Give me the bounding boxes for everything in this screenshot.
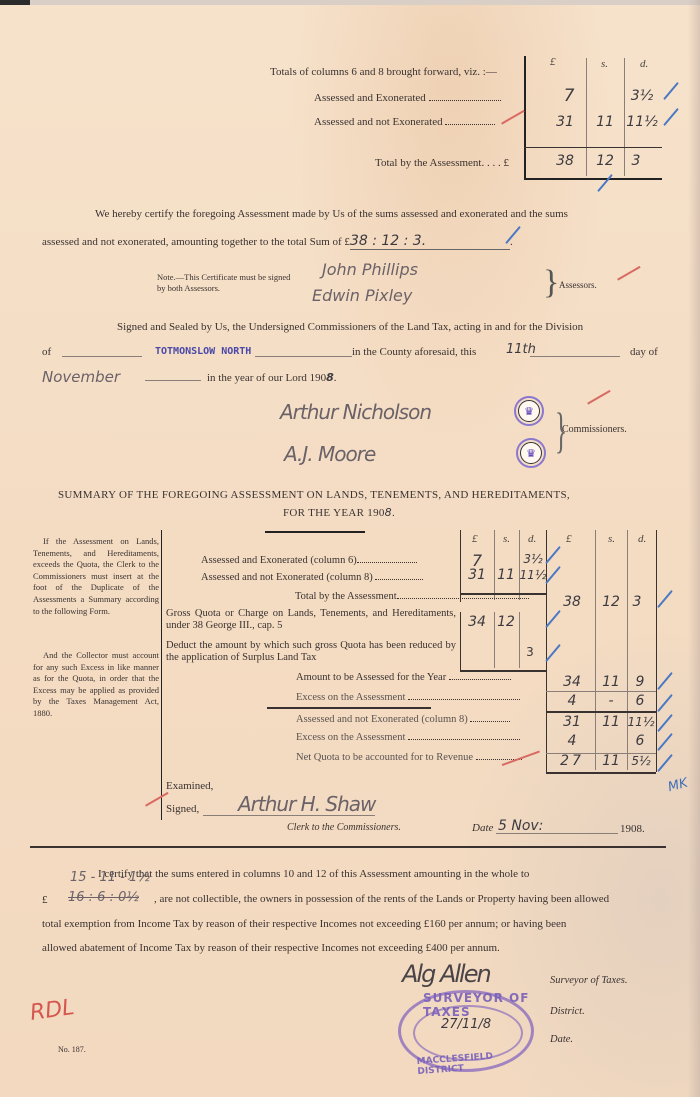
summary-border-left (161, 530, 162, 820)
col-header-shillings: s. (608, 533, 615, 545)
col-header-pounds: £ (566, 533, 572, 545)
col-header-pence: d. (638, 533, 646, 545)
totals-row-label: Assessed and not Exonerated (314, 116, 495, 128)
cell-value: 3½ (519, 552, 547, 566)
summary-row-label: Deduct the amount by which such gross Qu… (166, 640, 456, 664)
page-top-edge (0, 0, 700, 5)
of-label: of (42, 346, 51, 358)
cell-value: 6 (627, 733, 653, 749)
table-divider (494, 530, 495, 600)
date-line (496, 833, 618, 834)
cell-value: 12 (494, 614, 518, 630)
cell-value: 31 (548, 114, 582, 130)
clerk-label: Clerk to the Commissioners. (287, 822, 401, 833)
blank-line (530, 356, 620, 357)
cell-value: 6 (627, 693, 653, 709)
surveyor-text: I certify that the sums entered in colum… (98, 868, 529, 880)
cell-value: 9 (627, 674, 653, 690)
signed-label: Signed, (166, 803, 199, 815)
summary-row-label: Assessed and not Exonerated (column 8) (201, 572, 423, 583)
cell-value: 4 (552, 733, 592, 749)
table-rule (524, 178, 662, 180)
cell-value: 11 (597, 753, 625, 769)
summary-title: SUMMARY OF THE FOREGOING ASSESSMENT ON L… (58, 489, 570, 501)
totals-row-label: Assessed and Exonerated (314, 92, 501, 104)
summary-row-label: Amount to be Assessed for the Year (296, 672, 511, 683)
assessor-signature: John Phillips (322, 260, 418, 279)
surveyor-text: , are not collectible, the owners in pos… (154, 893, 609, 905)
col-header-shillings: s. (601, 58, 608, 70)
form-number: No. 187. (58, 1045, 86, 1054)
col-header-pounds: £ (550, 56, 556, 68)
summary-title-rule (265, 531, 365, 533)
cell-value: 38 (552, 594, 592, 610)
table-divider (595, 530, 596, 770)
cell-value: 11 (494, 567, 518, 583)
day-value: 11th (506, 342, 536, 357)
cell-value: - (597, 693, 625, 709)
col-header-pence: d. (528, 533, 536, 545)
pound-sign: £ (42, 894, 48, 906)
struck-amount: 16 : 6 : 0½ (68, 890, 139, 905)
cell-value: 12 (590, 153, 620, 169)
assessors-label: Assessors. (559, 280, 597, 290)
summary-row-label: Excess on the Assessment (296, 732, 520, 743)
stamp-date: 27/11/8 (441, 1017, 491, 1032)
col-header-shillings: s. (503, 533, 510, 545)
certificate-note: Note.—This Certificate must be signed by… (157, 272, 297, 294)
inner-table-border (460, 612, 461, 670)
table-rule (546, 711, 656, 713)
commissioner-signature: Arthur Nicholson (280, 400, 431, 424)
cell-value: 31 (462, 567, 492, 583)
summary-row-label: Assessed and not Exonerated (column 8) (296, 714, 510, 725)
cell-value: 3 (519, 645, 541, 659)
summary-row-label: Gross Quota or Charge on Lands, Tenement… (166, 608, 456, 632)
surveyor-text: allowed abatement of Income Tax by reaso… (42, 942, 500, 954)
cell-value: 3½ (628, 88, 656, 104)
certificate-text: We hereby certify the foregoing Assessme… (95, 208, 568, 220)
page-right-edge (688, 0, 700, 1097)
summary-row-label: Excess on the Assessment (296, 692, 520, 703)
summary-row-label: Total by the Assessment (295, 591, 529, 602)
table-rule (524, 147, 662, 148)
cell-value: 12 (597, 594, 625, 610)
outer-table-border (546, 530, 547, 772)
blank-line (145, 380, 201, 381)
outer-table-border (656, 530, 657, 772)
surveyor-text: total exemption from Income Tax by reaso… (42, 918, 566, 930)
totals-heading: Totals of columns 6 and 8 brought forwar… (270, 66, 497, 78)
county-text: in the County aforesaid, this (352, 346, 476, 358)
blank-line (255, 356, 352, 357)
month-value: November (42, 368, 120, 386)
cell-value: 11½ (626, 114, 658, 130)
table-divider (586, 58, 587, 176)
summary-row-label: Net Quota to be accounted for to Revenue (296, 752, 522, 763)
clerk-signature: Arthur H. Shaw (238, 792, 375, 816)
summary-side-note: If the Assessment on Lands, Tenements, a… (33, 536, 159, 617)
summary-row-label: Assessed and Exonerated (column 6) (201, 555, 417, 566)
table-divider (624, 58, 625, 176)
cell-value: 4 (552, 693, 592, 709)
date-label: Date (472, 822, 493, 834)
totals-total-label: Total by the Assessment. . . . £ (375, 157, 509, 169)
blank-line (62, 356, 142, 357)
cell-value: 11 (590, 114, 620, 130)
cell-value: 3 (626, 153, 646, 169)
cell-value: 11 (597, 714, 625, 730)
date-value: 5 Nov: (498, 818, 543, 834)
date-label: Date. (550, 1034, 573, 1045)
wax-seal: ♛ (516, 438, 546, 468)
date-year: 1908. (620, 823, 645, 835)
commissioner-signature: A.J. Moore (284, 442, 375, 466)
cell-value: 34 (552, 674, 592, 690)
district-label: District. (550, 1006, 585, 1017)
cell-value: 11½ (627, 715, 655, 729)
surveyor-stamp: SURVEYOR OF TAXES 27/11/8 MACCLESFIELD D… (398, 990, 534, 1072)
division-stamp: TOTMONSLOW NORTH (155, 346, 251, 357)
cell-value: 31 (552, 714, 592, 730)
summary-side-note: And the Collector must account for any s… (33, 650, 159, 720)
cell-value: 34 (462, 614, 492, 630)
cell-value: 38 (548, 153, 582, 169)
assessors-brace: } (543, 268, 559, 298)
col-header-pence: d. (640, 58, 648, 70)
surveyor-signature: Alg Allen (402, 960, 490, 988)
table-rule (546, 772, 656, 774)
cell-value: 27 (552, 753, 592, 769)
wax-seal: ♛ (514, 396, 544, 426)
cell-value: 3 (627, 594, 647, 610)
day-of-label: day of (630, 346, 658, 358)
examined-label: Examined, (166, 780, 213, 792)
col-header-pounds: £ (472, 533, 478, 545)
cell-value: 11 (597, 674, 625, 690)
assessor-signature: Edwin Pixley (312, 286, 412, 305)
table-rule (546, 691, 656, 692)
corrected-amount: 15 - 11 - 1½ (70, 870, 150, 885)
stamp-top-text: SURVEYOR OF TAXES (423, 991, 531, 1019)
sealed-text: Signed and Sealed by Us, the Undersigned… (117, 321, 583, 333)
certificate-text-line2: assessed and not exonerated, amounting t… (42, 233, 513, 250)
cell-value: 7 (556, 86, 582, 106)
table-divider (519, 612, 520, 668)
summary-title-year: FOR THE YEAR 1908. (283, 506, 395, 519)
section-rule (267, 707, 431, 709)
section-divider (30, 846, 666, 848)
cell-value: 11½ (519, 568, 547, 582)
crown-icon: ♛ (518, 400, 540, 422)
total-sum-value: 38 : 12 : 3. (350, 233, 510, 250)
table-border-left (524, 56, 526, 180)
commissioners-label: Commissioners. (562, 424, 627, 435)
cell-value: 5½ (627, 754, 655, 768)
year-text: in the year of our Lord 1908. (207, 371, 337, 384)
surveyor-label: Surveyor of Taxes. (550, 975, 627, 986)
crown-icon: ♛ (520, 442, 542, 464)
